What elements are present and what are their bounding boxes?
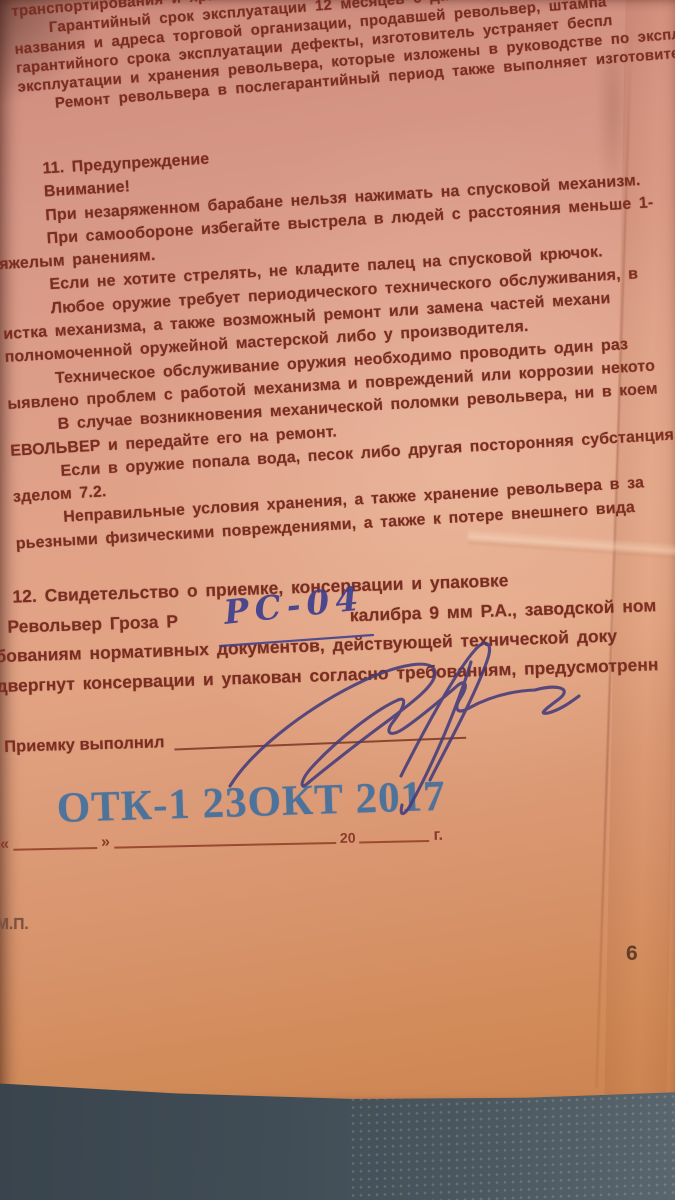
document-page: Изготовитель гарантируе транспортировани… bbox=[0, 0, 675, 1100]
month-blank bbox=[114, 842, 336, 849]
year-blank bbox=[360, 840, 430, 843]
shadow-smudge bbox=[596, 50, 630, 200]
close-quote: » bbox=[101, 834, 110, 852]
seal-place-label: М.П. bbox=[0, 916, 29, 934]
warranty-paragraph: Изготовитель гарантируе транспортировани… bbox=[0, 0, 675, 117]
photo-of-manual-page: Изготовитель гарантируе транспортировани… bbox=[0, 0, 675, 1200]
accepted-by-label: Приемку выполнил bbox=[4, 733, 165, 757]
signature-ink bbox=[205, 628, 590, 840]
day-blank bbox=[13, 847, 97, 851]
open-quote: « bbox=[0, 836, 9, 854]
warning-section: 11. Предупреждение Внимание! При незаряж… bbox=[0, 105, 675, 555]
